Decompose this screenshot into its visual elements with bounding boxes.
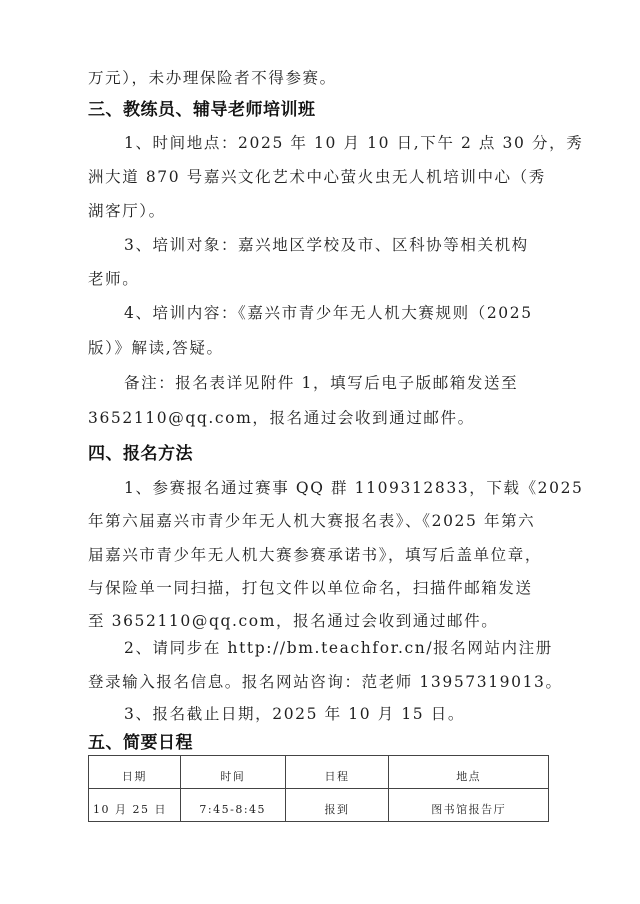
header-cell-time: 时间: [180, 756, 285, 789]
text-line: 洲大道 870 号嘉兴文化艺术中心萤火虫无人机培训中心（秀: [88, 167, 548, 187]
text-line: 登录输入报名信息。报名网站咨询：范老师 13957319013。: [88, 672, 548, 692]
text-line: 万元），未办理保险者不得参赛。: [88, 68, 548, 88]
schedule-table: 日期 时间 日程 地点 10 月 25 日 7:45-8:45 报到 图书馆报告…: [88, 755, 549, 822]
text-line: 4、培训内容：《嘉兴市青少年无人机大赛规则（2025: [124, 303, 548, 323]
text-line: 3、报名截止日期，2025 年 10 月 15 日。: [124, 704, 548, 724]
cell-time: 7:45-8:45: [180, 789, 285, 822]
cell-agenda: 报到: [285, 789, 389, 822]
text-line: 3、培训对象：嘉兴地区学校及市、区科协等相关机构: [124, 235, 548, 255]
text-line: 1、参赛报名通过赛事 QQ 群 1109312833，下载《2025: [124, 478, 548, 498]
text-line: 与保险单一同扫描，打包文件以单位命名，扫描件邮箱发送: [88, 578, 548, 598]
table-row: 10 月 25 日 7:45-8:45 报到 图书馆报告厅: [89, 789, 549, 822]
cell-date: 10 月 25 日: [89, 789, 181, 822]
section-heading-5: 五、简要日程: [88, 733, 548, 753]
text-line: 备注：报名表详见附件 1，填写后电子版邮箱发送至: [124, 373, 548, 393]
text-line: 3652110@qq.com，报名通过会收到通过邮件。: [88, 408, 548, 428]
text-line: 老师。: [88, 269, 548, 289]
text-line: 2、请同步在 http://bm.teachfor.cn/报名网站内注册: [124, 638, 548, 658]
text-line: 1、时间地点：2025 年 10 月 10 日,下午 2 点 30 分，秀: [124, 133, 548, 153]
text-line: 版）》解读,答疑。: [88, 338, 548, 358]
header-cell-date: 日期: [89, 756, 181, 789]
text-line: 湖客厅）。: [88, 201, 548, 221]
cell-location: 图书馆报告厅: [389, 789, 549, 822]
section-heading-4: 四、报名方法: [88, 444, 548, 464]
text-line: 届嘉兴市青少年无人机大赛参赛承诺书》，填写后盖单位章，: [88, 545, 548, 565]
header-cell-location: 地点: [389, 756, 549, 789]
section-heading-3: 三、教练员、辅导老师培训班: [88, 100, 548, 120]
text-line: 至 3652110@qq.com，报名通过会收到通过邮件。: [88, 611, 548, 631]
table-header-row: 日期 时间 日程 地点: [89, 756, 549, 789]
text-line: 年第六届嘉兴市青少年无人机大赛报名表》、《2025 年第六: [88, 511, 548, 531]
header-cell-agenda: 日程: [285, 756, 389, 789]
